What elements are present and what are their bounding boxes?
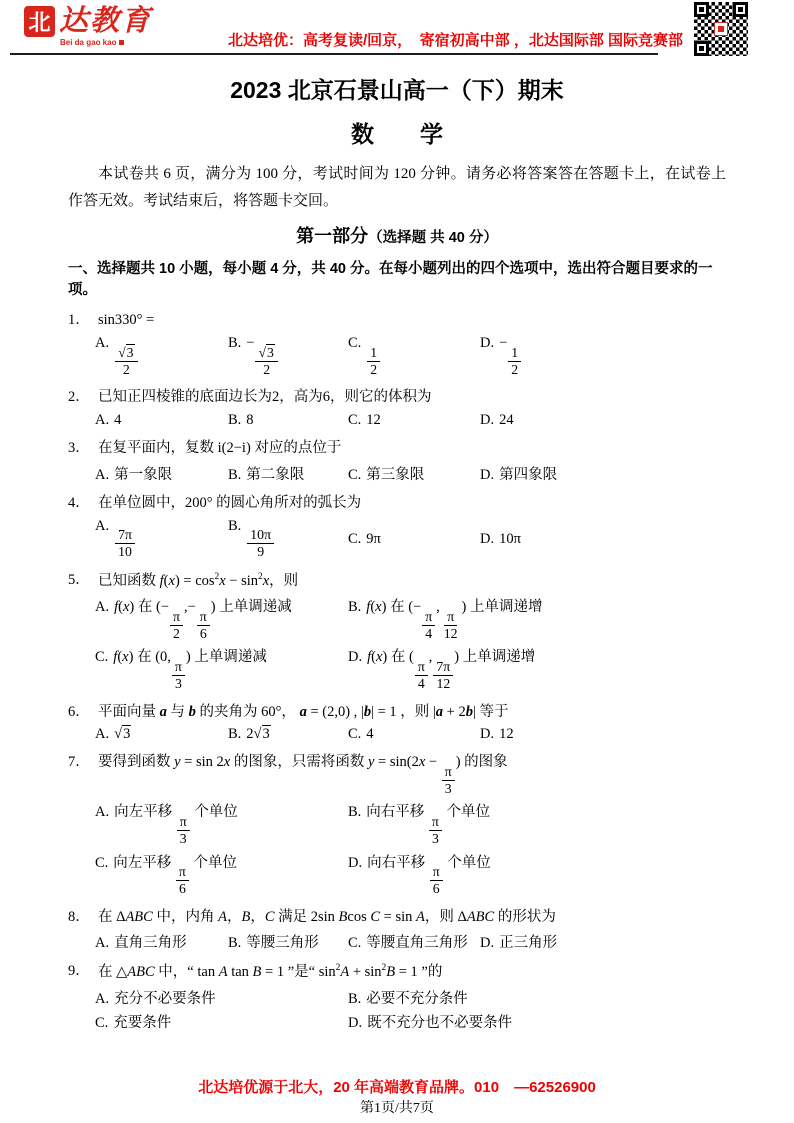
- section-title: 第一部分: [296, 226, 368, 246]
- section-heading: 第一部分（选择题 共 40 分）: [68, 222, 726, 248]
- option-d: D.12: [480, 726, 726, 743]
- option-c: C.12: [348, 335, 480, 378]
- option-a: A.√32: [95, 335, 228, 378]
- option-c: C.f(x) 在 (0,π3) 上单调递减: [95, 645, 348, 692]
- option-content: 第三象限: [366, 467, 424, 483]
- question-stem: 在单位圆中，200° 的圆心角所对的弧长为: [98, 493, 361, 515]
- option-b: B.等腰三角形: [228, 931, 348, 952]
- option-content: 12: [366, 412, 381, 428]
- option-b: B.2√3: [228, 726, 348, 743]
- header-tagline: 北达培优：高考复读/回京， 寄宿初高中部 ，北达国际部 国际竞赛部: [228, 29, 683, 50]
- question-8: 8．在 ΔABC 中，内角 A，B，C 满足 2sin Bcos C = sin…: [68, 907, 726, 953]
- question-number: 5．: [68, 570, 98, 593]
- question-stem: 在 △ABC 中，“ tan A tan B = 1 ”是“ sin2A + s…: [98, 961, 442, 984]
- page-header: 北 达教育 Bei da gao kao 北达培优：高考复读/回京， 寄宿初高中…: [0, 0, 794, 58]
- option-c: C.向左平移 π6 个单位: [95, 851, 348, 898]
- options-row: A.4 B.8 C.12 D.24: [68, 412, 726, 429]
- question-stem: 已知函数 f(x) = cos2x − sin2x，则: [98, 570, 298, 593]
- option-content: f(x) 在 (−π4,π12) 上单调递增: [366, 599, 542, 615]
- option-b: B.向右平移 π3 个单位: [348, 800, 726, 847]
- question-stem: sin330° =: [98, 310, 154, 332]
- option-b: B.−√32: [228, 335, 348, 378]
- footer-promo: 北达培优源于北大，20 年高端教育品牌。010 —62526900: [0, 1076, 794, 1097]
- option-content: 第二象限: [246, 467, 304, 483]
- question-stem: 在复平面内，复数 i(2−i) 对应的点位于: [98, 438, 341, 460]
- question-number: 6．: [68, 702, 98, 724]
- option-content: 第一象限: [114, 467, 172, 483]
- option-content: 7π10: [114, 518, 136, 534]
- intro-paragraph: 本试卷共 6 页，满分为 100 分，考试时间为 120 分钟。请务必将答案答在…: [68, 161, 726, 214]
- option-content: 向左平移 π6 个单位: [113, 855, 237, 871]
- options-row: A.√3 B.2√3 C.4 D.12: [68, 726, 726, 743]
- option-content: 10π: [499, 531, 521, 547]
- question-number: 7．: [68, 752, 98, 797]
- subject-title: 数 学: [68, 116, 726, 149]
- beida-logo: 北 达教育: [24, 6, 152, 37]
- options-row: A.直角三角形 B.等腰三角形 C.等腰直角三角形 D.正三角形: [68, 931, 726, 952]
- question-9: 9．在 △ABC 中，“ tan A tan B = 1 ”是“ sin2A +…: [68, 961, 726, 1032]
- option-c: C.充要条件: [95, 1011, 348, 1032]
- question-stem: 要得到函数 y = sin 2x 的图象，只需将函数 y = sin(2x − …: [98, 752, 508, 797]
- option-b: B.8: [228, 412, 348, 429]
- option-content: −√32: [246, 335, 279, 351]
- option-content: 等腰直角三角形: [366, 935, 468, 951]
- option-d: D.f(x) 在 (π4,7π12) 上单调递增: [348, 645, 726, 692]
- logo-subtext: Bei da gao kao: [60, 38, 124, 47]
- qr-code: [694, 2, 748, 56]
- qr-finder-icon: [694, 2, 709, 17]
- page-indicator: 第1页/共7页: [0, 1097, 794, 1117]
- options-row: A.第一象限 B.第二象限 C.第三象限 D.第四象限: [68, 463, 726, 484]
- qr-finder-icon: [694, 41, 709, 56]
- logo-seal-icon: 北: [24, 6, 55, 37]
- question-4: 4．在单位圆中，200° 的圆心角所对的弧长为 A.7π10 B.10π9 C.…: [68, 493, 726, 561]
- option-a: A.直角三角形: [95, 931, 228, 952]
- option-a: A.√3: [95, 726, 228, 743]
- option-content: 向右平移 π3 个单位: [366, 804, 490, 820]
- option-a: A.4: [95, 412, 228, 429]
- qr-center-logo: [714, 22, 728, 36]
- option-a: A.向左平移 π3 个单位: [95, 800, 348, 847]
- section-instruction: 一、选择题共 10 小题，每小题 4 分，共 40 分。在每小题列出的四个选项中…: [68, 259, 726, 301]
- option-content: 必要不充分条件: [366, 991, 468, 1007]
- option-d: D.第四象限: [480, 463, 726, 484]
- option-c: C.9π: [348, 531, 480, 548]
- qr-finder-icon: [733, 2, 748, 17]
- option-content: 4: [366, 726, 373, 742]
- option-b: B.第二象限: [228, 463, 348, 484]
- question-6: 6．平面向量 a 与 b 的夹角为 60°， a = (2,0) , |b| =…: [68, 702, 726, 744]
- question-2: 2．已知正四棱锥的底面边长为2，高为6，则它的体积为 A.4 B.8 C.12 …: [68, 387, 726, 429]
- option-content: 12: [366, 335, 381, 351]
- exam-page: 2023 北京石景山高一（下）期末 数 学 本试卷共 6 页，满分为 100 分…: [0, 72, 794, 1032]
- header-rule: [10, 53, 658, 55]
- logo-script-text: 达教育: [59, 6, 152, 37]
- option-a: A.f(x) 在 (−π2,−π6) 上单调递减: [95, 595, 348, 642]
- question-1: 1．sin330° = A.√32 B.−√32 C.12 D.−12: [68, 310, 726, 378]
- options-grid: A.向左平移 π3 个单位 B.向右平移 π3 个单位 C.向左平移 π6 个单…: [68, 800, 726, 897]
- option-content: √3: [114, 725, 131, 742]
- option-d: D.正三角形: [480, 931, 726, 952]
- option-d: D.−12: [480, 335, 726, 378]
- option-content: √32: [114, 335, 138, 351]
- option-b: B.f(x) 在 (−π4,π12) 上单调递增: [348, 595, 726, 642]
- option-content: 12: [499, 726, 514, 742]
- option-content: 24: [499, 412, 514, 428]
- option-c: C.第三象限: [348, 463, 480, 484]
- option-content: 等腰三角形: [246, 935, 319, 951]
- option-b: B.必要不充分条件: [348, 987, 726, 1008]
- question-number: 8．: [68, 907, 98, 929]
- logo-dot-icon: [119, 40, 124, 45]
- option-content: 9π: [366, 531, 381, 547]
- question-7: 7．要得到函数 y = sin 2x 的图象，只需将函数 y = sin(2x …: [68, 752, 726, 897]
- option-content: 向左平移 π3 个单位: [114, 804, 238, 820]
- question-stem: 平面向量 a 与 b 的夹角为 60°， a = (2,0) , |b| = 1…: [98, 702, 509, 724]
- option-c: C.12: [348, 412, 480, 429]
- option-content: 4: [114, 412, 121, 428]
- option-content: 第四象限: [499, 467, 557, 483]
- question-number: 9．: [68, 961, 98, 984]
- option-c: C.4: [348, 726, 480, 743]
- page-title: 2023 北京石景山高一（下）期末: [68, 72, 726, 105]
- option-content: 10π9: [246, 518, 275, 534]
- option-content: 向右平移 π6 个单位: [367, 855, 491, 871]
- question-number: 1．: [68, 310, 98, 332]
- question-stem: 已知正四棱锥的底面边长为2，高为6，则它的体积为: [98, 387, 432, 409]
- options-grid: A.充分不必要条件 B.必要不充分条件 C.充要条件 D.既不充分也不必要条件: [68, 987, 726, 1032]
- option-content: f(x) 在 (0,π3) 上单调递减: [113, 649, 267, 665]
- option-d: D.24: [480, 412, 726, 429]
- option-content: f(x) 在 (π4,7π12) 上单调递增: [367, 649, 535, 665]
- option-d: D.10π: [480, 531, 726, 548]
- option-content: 充分不必要条件: [114, 991, 216, 1007]
- question-3: 3．在复平面内，复数 i(2−i) 对应的点位于 A.第一象限 B.第二象限 C…: [68, 438, 726, 484]
- option-a: A.充分不必要条件: [95, 987, 348, 1008]
- question-stem: 在 ΔABC 中，内角 A，B，C 满足 2sin Bcos C = sin A…: [98, 907, 556, 929]
- option-content: −12: [499, 335, 522, 351]
- option-content: f(x) 在 (−π2,−π6) 上单调递减: [114, 599, 292, 615]
- option-a: A.第一象限: [95, 463, 228, 484]
- option-a: A.7π10: [95, 518, 228, 561]
- question-number: 2．: [68, 387, 98, 409]
- option-d: D.既不充分也不必要条件: [348, 1011, 726, 1032]
- option-content: 既不充分也不必要条件: [367, 1015, 512, 1031]
- option-content: 2√3: [246, 725, 270, 742]
- question-number: 3．: [68, 438, 98, 460]
- option-b: B.10π9: [228, 518, 348, 561]
- option-d: D.向右平移 π6 个单位: [348, 851, 726, 898]
- question-5: 5．已知函数 f(x) = cos2x − sin2x，则 A.f(x) 在 (…: [68, 570, 726, 693]
- options-grid: A.f(x) 在 (−π2,−π6) 上单调递减 B.f(x) 在 (−π4,π…: [68, 595, 726, 692]
- options-row: A.7π10 B.10π9 C.9π D.10π: [68, 518, 726, 561]
- options-row: A.√32 B.−√32 C.12 D.−12: [68, 335, 726, 378]
- option-content: 直角三角形: [114, 935, 187, 951]
- option-content: 8: [246, 412, 253, 428]
- option-content: 正三角形: [499, 935, 557, 951]
- option-c: C.等腰直角三角形: [348, 931, 480, 952]
- question-number: 4．: [68, 493, 98, 515]
- section-subtitle: （选择题 共 40 分）: [368, 230, 498, 246]
- option-content: 充要条件: [113, 1015, 171, 1031]
